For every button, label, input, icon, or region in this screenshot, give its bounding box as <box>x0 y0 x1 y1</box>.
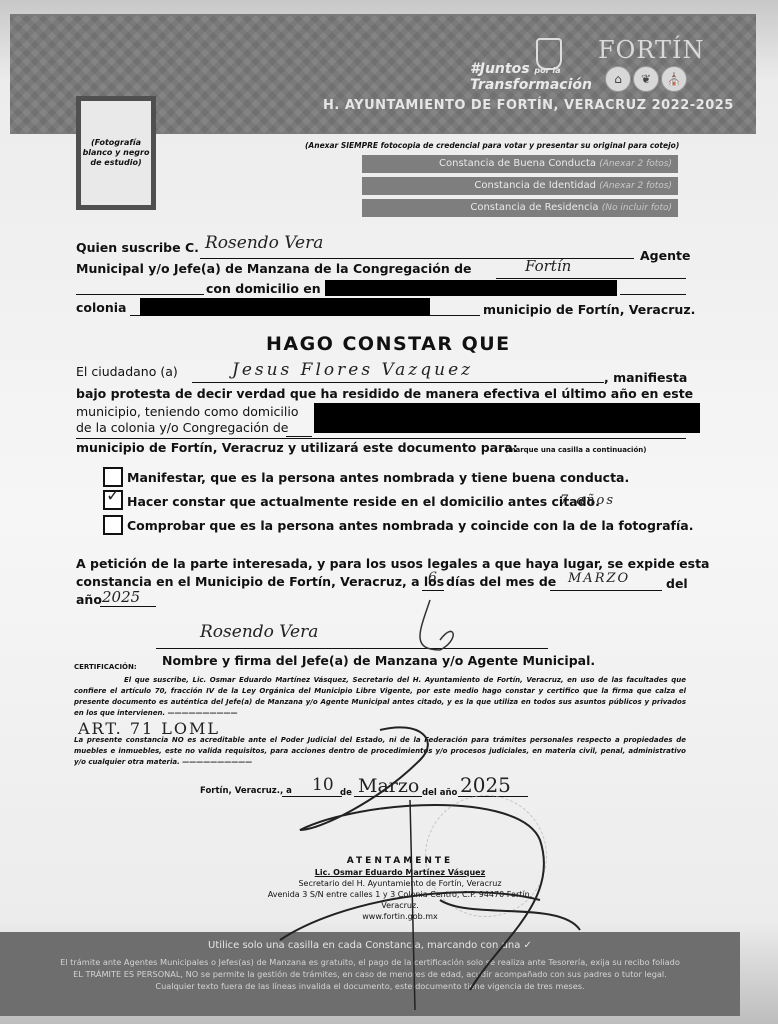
date-month-handwritten: Marzo <box>358 775 419 797</box>
footer-instruction: Utilice solo una casilla en cada Constan… <box>0 940 740 951</box>
anio-label: año <box>76 592 102 607</box>
secretary-role: Secretario del H. Ayuntamiento de Fortín… <box>250 878 550 889</box>
brand-title: FORTÍN <box>598 36 704 64</box>
secretary-address: Avenida 3 S/N entre calles 1 y 3 Colonia… <box>250 889 550 911</box>
constancia-label: Constancia de Residencia <box>470 202 598 213</box>
peticion-line2: constancia en el Municipio de Fortín, Ve… <box>76 574 444 589</box>
logo-circles: ⌂ ❦ ⛪ <box>605 66 687 92</box>
quien-suscribe-label: Quien suscribe C. <box>76 240 199 255</box>
body-line2: bajo protesta de decir verdad que ha res… <box>76 386 693 401</box>
dias-del-mes-label: días del mes de <box>446 574 556 589</box>
checkbox-residencia[interactable]: ✓ <box>103 490 123 510</box>
slogan: #Juntos por la Transformación <box>470 62 592 93</box>
constancia-note: (Anexar 2 fotos) <box>599 159 672 169</box>
secretary-name: Lic. Osmar Eduardo Martínez Vásquez <box>250 867 550 878</box>
blank-line <box>620 282 686 295</box>
date-day-handwritten: 10 <box>312 775 334 795</box>
municipio-label: municipio de Fortín, Veracruz. <box>483 302 695 317</box>
certificacion-heading: CERTIFICACIÓN: <box>74 663 137 671</box>
constancia-label: Constancia de Identidad <box>474 180 596 191</box>
congregacion-handwritten: Fortín <box>525 257 571 275</box>
peticion-line1: A petición de la parte interesada, y par… <box>76 556 710 571</box>
checkbox-buena-conducta[interactable] <box>103 467 123 487</box>
body-line3: municipio, teniendo como domicilio <box>76 404 299 419</box>
checkbox-identidad[interactable] <box>103 515 123 535</box>
closing-block: ATENTAMENTE Lic. Osmar Eduardo Martínez … <box>250 856 550 922</box>
suscriptor-handwritten: Rosendo Vera <box>205 233 323 253</box>
redacted-colonia <box>140 298 430 316</box>
option-buena-conducta-label: Manifestar, que es la persona antes nomb… <box>127 470 629 485</box>
constancia-label: Constancia de Buena Conducta <box>439 158 596 169</box>
manifiesta-label: , manifiesta <box>604 370 687 385</box>
annex-note: (Anexar SIEMPRE fotocopia de credencial … <box>305 141 679 150</box>
slogan-line2: Transformación <box>470 77 592 93</box>
constancia-identidad: Constancia de Identidad (Anexar 2 fotos) <box>362 177 678 195</box>
check-mark-icon: ✓ <box>106 486 120 506</box>
atentamente: ATENTAMENTE <box>250 856 550 867</box>
church-icon: ⛪ <box>661 66 687 92</box>
blank-line <box>76 282 204 295</box>
slogan-line1: #Juntos <box>470 61 530 77</box>
ciudadano-label: El ciudadano (a) <box>76 364 178 379</box>
del-label: del <box>666 576 688 591</box>
certificacion-disclaimer: La presente constancia NO es acreditable… <box>74 735 686 768</box>
document-title: HAGO CONSTAR QUE <box>266 333 511 355</box>
signature-line <box>156 634 548 649</box>
blank-line <box>76 436 686 439</box>
coffee-plant-icon: ❦ <box>633 66 659 92</box>
website-link[interactable]: www.fortin.gob.mx <box>250 911 550 922</box>
photo-box-label: (Fotografía blanco y negro de estudio) <box>81 138 151 168</box>
date-line-prefix: Fortín, Veracruz., a <box>200 786 292 796</box>
colonia-label: colonia <box>76 300 127 315</box>
ayuntamiento-title: H. AYUNTAMIENTO DE FORTÍN, VERACRUZ 2022… <box>323 98 734 113</box>
footer-notes: El trámite ante Agentes Municipales o Je… <box>0 956 740 992</box>
year-handwritten: 2025 <box>102 588 140 606</box>
constancia-note: (Anexar 2 fotos) <box>599 181 672 191</box>
certificacion-paragraph: El que suscribe, Lic. Osmar Eduardo Mart… <box>74 675 686 719</box>
municipal-line-label: Municipal y/o Jefe(a) de Manzana de la C… <box>76 261 472 276</box>
redacted-ciudadano-domicilio <box>314 403 700 433</box>
option-residencia-label: Hacer constar que actualmente reside en … <box>127 494 600 509</box>
footer-line1: El trámite ante Agentes Municipales o Je… <box>0 956 740 968</box>
footer-line3: Cualquier texto fuera de las líneas inva… <box>0 980 740 992</box>
date-year-handwritten: 2025 <box>460 773 511 797</box>
body-line4: de la colonia y/o Congregación de <box>76 420 289 435</box>
month-handwritten: MARZO <box>568 571 630 586</box>
arch-icon: ⌂ <box>605 66 631 92</box>
option-residencia-annotation: 7 años <box>560 493 615 508</box>
constancia-buena-conducta: Constancia de Buena Conducta (Anexar 2 f… <box>362 155 678 173</box>
slogan-small: por la <box>534 66 560 75</box>
signature-caption: Nombre y firma del Jefe(a) de Manzana y/… <box>162 653 595 668</box>
constancia-note: (No incluir foto) <box>602 203 672 213</box>
photo-box: (Fotografía blanco y negro de estudio) <box>76 96 156 210</box>
constancia-residencia: Constancia de Residencia (No incluir fot… <box>362 199 678 217</box>
date-de-label: de <box>340 788 352 798</box>
footer-banner: Utilice solo una casilla en cada Constan… <box>0 932 740 1016</box>
body-line5: municipio de Fortín, Veracruz y utilizar… <box>76 440 518 455</box>
ciudadano-handwritten: Jesus Flores Vazquez <box>232 360 473 380</box>
redacted-domicilio <box>325 280 617 296</box>
date-del-anio-label: del año <box>422 788 457 798</box>
con-domicilio-label: con domicilio en <box>206 281 321 296</box>
option-fotografia-label: Comprobar que es la persona antes nombra… <box>127 518 693 533</box>
agente-label: Agente <box>640 248 690 263</box>
footer-line2: EL TRÁMITE ES PERSONAL, NO se permite la… <box>0 968 740 980</box>
instruction-note: (marque una casilla a continuación) <box>505 446 646 454</box>
document-page: #Juntos por la Transformación FORTÍN ⌂ ❦… <box>0 0 778 1024</box>
day-handwritten: 6 <box>428 570 437 586</box>
